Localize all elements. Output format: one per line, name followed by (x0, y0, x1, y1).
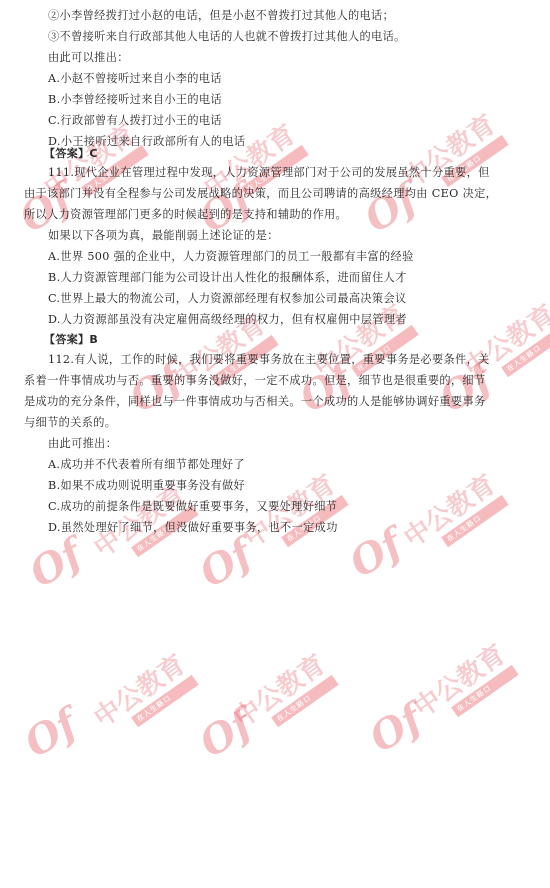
question-prompt: 由此可推出： (48, 437, 117, 451)
watermark-logo-icon: Of (17, 700, 86, 767)
question-112-line-4: 与细节的关系的。 (24, 416, 116, 430)
condition-3: ③不曾接听来自行政部其他人电话的人也就不曾拨打过其他人的电话。 (48, 30, 406, 44)
question-112-line-2: 系着一件事情成功与否。重要的事务没做好，一定不成功。但是，细节也是很重要的，细节 (24, 374, 486, 388)
option-c: C.行政部曾有人拨打过小王的电话 (48, 114, 222, 128)
option-c: C.成功的前提条件是既要做好重要事务，又要处理好细节 (48, 500, 337, 514)
watermark-logo-icon: Of (192, 530, 261, 597)
answer-q110: 【答案】C (44, 147, 98, 161)
question-111-line-3: 所以人力资源管理部门更多的时候起到的是支持和辅助的作用。 (24, 208, 347, 222)
option-d: D.人力资源部虽没有决定雇佣高级经理的权力，但有权雇佣中层管理者 (48, 313, 407, 327)
option-d: D.虽然处理好了细节，但没做好重要事务，也不一定成功 (48, 521, 338, 535)
option-b: B.人力资源管理部门能为公司设计出人性化的报酬体系，进而留住人才 (48, 271, 407, 285)
watermark: 中公教育在人生路口 (395, 465, 508, 565)
question-111-line-2: 由于该部门并没有全程参与公司发展战略的决策，而且公司聘请的高级经理均由 CEO … (24, 187, 497, 201)
watermark: 中公教育在人生路口 (235, 465, 348, 565)
question-prompt: 由此可以推出： (48, 51, 129, 65)
watermark: 中公教育在人生路口 (405, 635, 518, 735)
question-112-line-3: 是成功的充分条件，同样也与一件事情成功与否相关。一个成功的人是能够协调好重要事务 (24, 395, 486, 409)
watermark-logo-icon: Of (357, 175, 426, 242)
option-a: A.成功并不代表着所有细节都处理好了 (48, 458, 245, 472)
option-b: B.如果不成功则说明重要事务没有做好 (48, 479, 245, 493)
watermark: 中公教育在人生路口 (225, 645, 338, 745)
condition-2: ②小李曾经拨打过小赵的电话，但是小赵不曾拨打过其他人的电话； (48, 9, 394, 23)
watermark: 中公教育在人生路口 (85, 645, 198, 745)
document-page: 中公教育在人生路口 中公教育在人生路口 中公教育在人生路口 Of Of Of 中… (0, 0, 550, 888)
watermark-logo-icon: Of (22, 530, 91, 597)
option-a: A.小赵不曾接听过来自小李的电话 (48, 72, 222, 86)
question-112-line-1: 112.有人说，工作的时候，我们要将重要事务放在主要位置，重要事务是必要条件，关 (48, 353, 490, 367)
question-prompt: 如果以下各项为真，最能削弱上述论证的是： (48, 229, 279, 243)
option-a: A.世界 500 强的企业中，人力资源管理部门的员工一般都有丰富的经验 (48, 250, 414, 264)
option-c: C.世界上最大的物流公司，人力资源部经理有权参加公司最高决策会议 (48, 292, 407, 306)
watermark-logo-icon: Of (192, 700, 261, 767)
answer-q111: 【答案】B (44, 333, 98, 347)
watermark-logo-icon: Of (362, 695, 431, 762)
watermark-logo-icon: Of (342, 520, 411, 587)
option-b: B.小李曾经接听过来自小王的电话 (48, 93, 222, 107)
question-111-line-1: 111.现代企业在管理过程中发现，人力资源管理部门对于公司的发展虽然十分重要，但 (48, 166, 490, 180)
